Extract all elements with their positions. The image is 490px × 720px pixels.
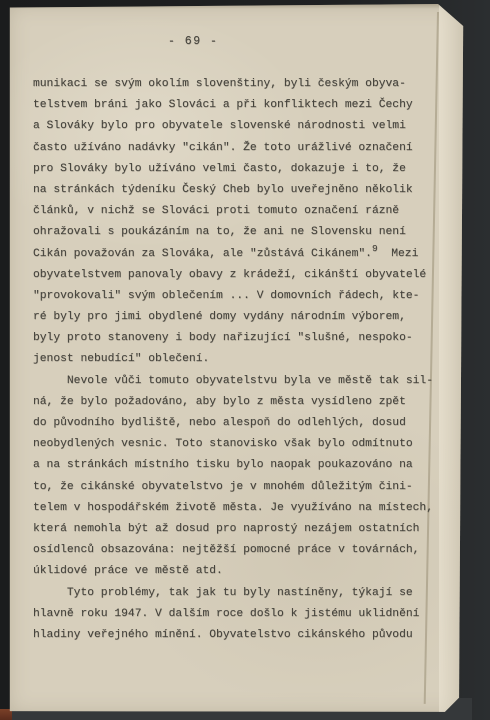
text-line: do původního bydliště, nebo alespoň do o… bbox=[33, 413, 443, 434]
text-line: ná, že bylo požadováno, aby bylo z města… bbox=[33, 392, 443, 413]
text-line: telstvem bráni jako Slováci a při konfli… bbox=[33, 95, 443, 116]
text-line: byly proto stanoveny i body nařizující "… bbox=[33, 328, 443, 349]
text-line: a Slováky bylo pro obyvatele slovenské n… bbox=[33, 116, 443, 137]
text-line: osídlenců obsazována: nejtěžší pomocné p… bbox=[33, 540, 443, 561]
text-line: obyvatelstvem panovaly obavy z krádeží, … bbox=[33, 265, 443, 286]
text-line: na stránkách týdeníku Český Cheb bylo uv… bbox=[33, 180, 443, 201]
text-line: telem v hospodářském životě města. Je vy… bbox=[33, 498, 443, 519]
text-line: Nevole vůči tomuto obyvatelstvu byla ve … bbox=[33, 371, 443, 392]
text-line: často užíváno nadávky "cikán". Že toto u… bbox=[33, 138, 443, 159]
text-line: Tyto problémy, tak jak tu byly nastíněny… bbox=[33, 583, 443, 604]
text-line: pro Slováky bylo užíváno velmi často, do… bbox=[33, 159, 443, 180]
scanned-book-photo: - 69 - munikaci se svým okolím slovenšti… bbox=[0, 0, 490, 720]
text-segment: Cikán považován za Slováka, ale "zůstává… bbox=[33, 248, 372, 260]
page-number: - 69 - bbox=[168, 35, 218, 48]
text-line: která nemohla být až dosud pro naprostý … bbox=[33, 519, 443, 540]
text-line: munikaci se svým okolím slovenštiny, byl… bbox=[33, 74, 443, 95]
body-text: munikaci se svým okolím slovenštiny, byl… bbox=[33, 74, 443, 646]
text-line: "provokovali" svým oblečením ... V domov… bbox=[33, 286, 443, 307]
text-segment: Mezi bbox=[378, 248, 419, 260]
text-line: úklidové práce ve městě atd. bbox=[33, 561, 443, 582]
text-line: jenost nebudící" oblečení. bbox=[33, 349, 443, 370]
text-line: a na stránkách místního tisku bylo naopa… bbox=[33, 455, 443, 476]
text-line: článků, v nichž se Slováci proti tomuto … bbox=[33, 201, 443, 222]
text-line: hlavně roku 1947. V dalším roce došlo k … bbox=[33, 604, 443, 625]
page-top-shadow bbox=[8, 4, 465, 9]
document-page: - 69 - munikaci se svým okolím slovenšti… bbox=[8, 4, 465, 714]
text-line: ré byly pro jimi obydlené domy vydány ná… bbox=[33, 307, 443, 328]
text-line: Cikán považován za Slováka, ale "zůstává… bbox=[33, 244, 443, 265]
text-line: hladiny veřejného mínění. Obyvatelstvo c… bbox=[33, 625, 443, 646]
text-line: ohražovali s poukázáním na to, že ani ne… bbox=[33, 222, 443, 243]
text-line: to, že cikánské obyvatelstvo je v mnohém… bbox=[33, 477, 443, 498]
text-line: neobydlených vesnic. Toto stanovisko vša… bbox=[33, 434, 443, 455]
